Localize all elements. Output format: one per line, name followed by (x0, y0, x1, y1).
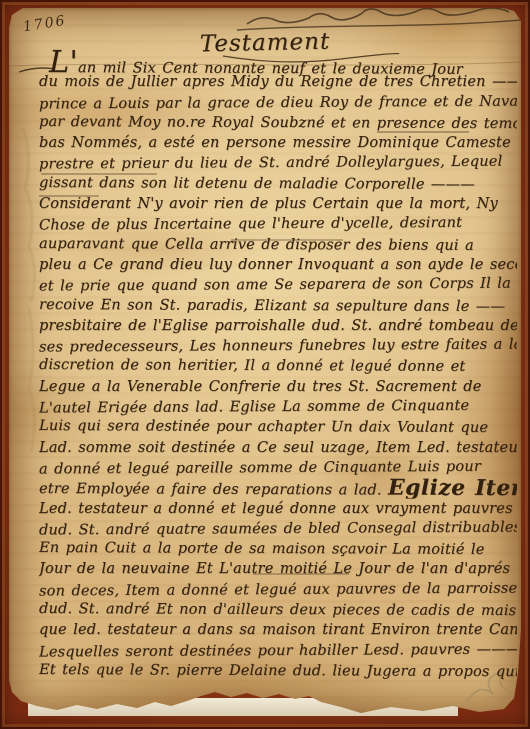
manuscript-line: pleu a Ce grand dieu luy donner Invoquan… (39, 255, 517, 275)
emphasized-phrase: Eglize Item (388, 477, 517, 499)
manuscript-line: recoive En son St. paradis, Elizant sa s… (39, 295, 517, 317)
manuscript-line: prestre et prieur du lieu de St. andré D… (39, 152, 517, 175)
manuscript-line: son deces, Item a donné et legué aux pau… (39, 578, 517, 601)
manuscript-line: que led. testateur a dans sa maison tira… (39, 620, 517, 640)
year-marginalia: 1706 (22, 13, 68, 36)
manuscript-line: prince a Louis par la grace de dieu Roy … (39, 91, 517, 114)
manuscript-line: discretion de son heritier, Il a donné e… (39, 355, 517, 377)
ink-bleedthrough (23, 128, 35, 302)
docket-scribble-icon (247, 8, 509, 24)
manuscript-line: Lad. somme soit destinée a Ce seul uzage… (39, 438, 517, 458)
manuscript-line: Lesquelles seront destinées pour habille… (39, 639, 517, 662)
manuscript-line: Jour de la neuvaine Et L'autre moitié Le… (39, 559, 517, 579)
picture-frame-border: 1706 Testament L'an mil Six Cent nonante… (0, 0, 530, 729)
manuscript-line: etre Employée a faire des reparations a … (39, 477, 517, 499)
manuscript-line: Et tels que le Sr. pierre Delaine dud. l… (39, 660, 517, 682)
manuscript-page: 1706 Testament L'an mil Six Cent nonante… (9, 8, 521, 715)
manuscript-line: et le prie que quand son ame Se separera… (39, 274, 517, 297)
ink-bleedthrough (29, 308, 35, 452)
manuscript-line: Considerant N'y avoir rien de plus Certa… (39, 194, 517, 214)
manuscript-line: dud. St. andré quatre saumées de bled Co… (39, 517, 517, 540)
manuscript-line: a donné et legué pareille somme de Cinqu… (39, 456, 517, 479)
manuscript-line: En pain Cuit a la porte de sa maison sça… (39, 538, 517, 560)
manuscript-line: Luis qui sera destinée pour achapter Un … (39, 416, 517, 438)
manuscript-line: par devant Moy no.re Royal Soubzné et en… (39, 112, 517, 134)
manuscript-line: auparavant que Cella arrive de disposer … (39, 234, 517, 256)
manuscript-line: presbitaire de l'Eglise parroishalle dud… (39, 316, 517, 336)
manuscript-line: L'an mil Six Cent nonante neuf et le deu… (39, 51, 517, 73)
manuscript-line: bas Nommés, a esté en persone messire Do… (39, 133, 517, 153)
manuscript-line: dud. St. andré Et non d'ailleurs deux pi… (39, 599, 517, 621)
manuscript-line: Legue a la Venerable Confrerie du tres S… (39, 377, 517, 397)
manuscript-line: gissant dans son lit detenu de maladie C… (39, 173, 517, 195)
manuscript-text-body: L'an mil Six Cent nonante neuf et le deu… (39, 52, 517, 681)
manuscript-line: Chose de plus Incertaine que l'heure d'y… (39, 213, 517, 236)
manuscript-line: Led. testateur a donné et legué donne au… (39, 499, 517, 519)
